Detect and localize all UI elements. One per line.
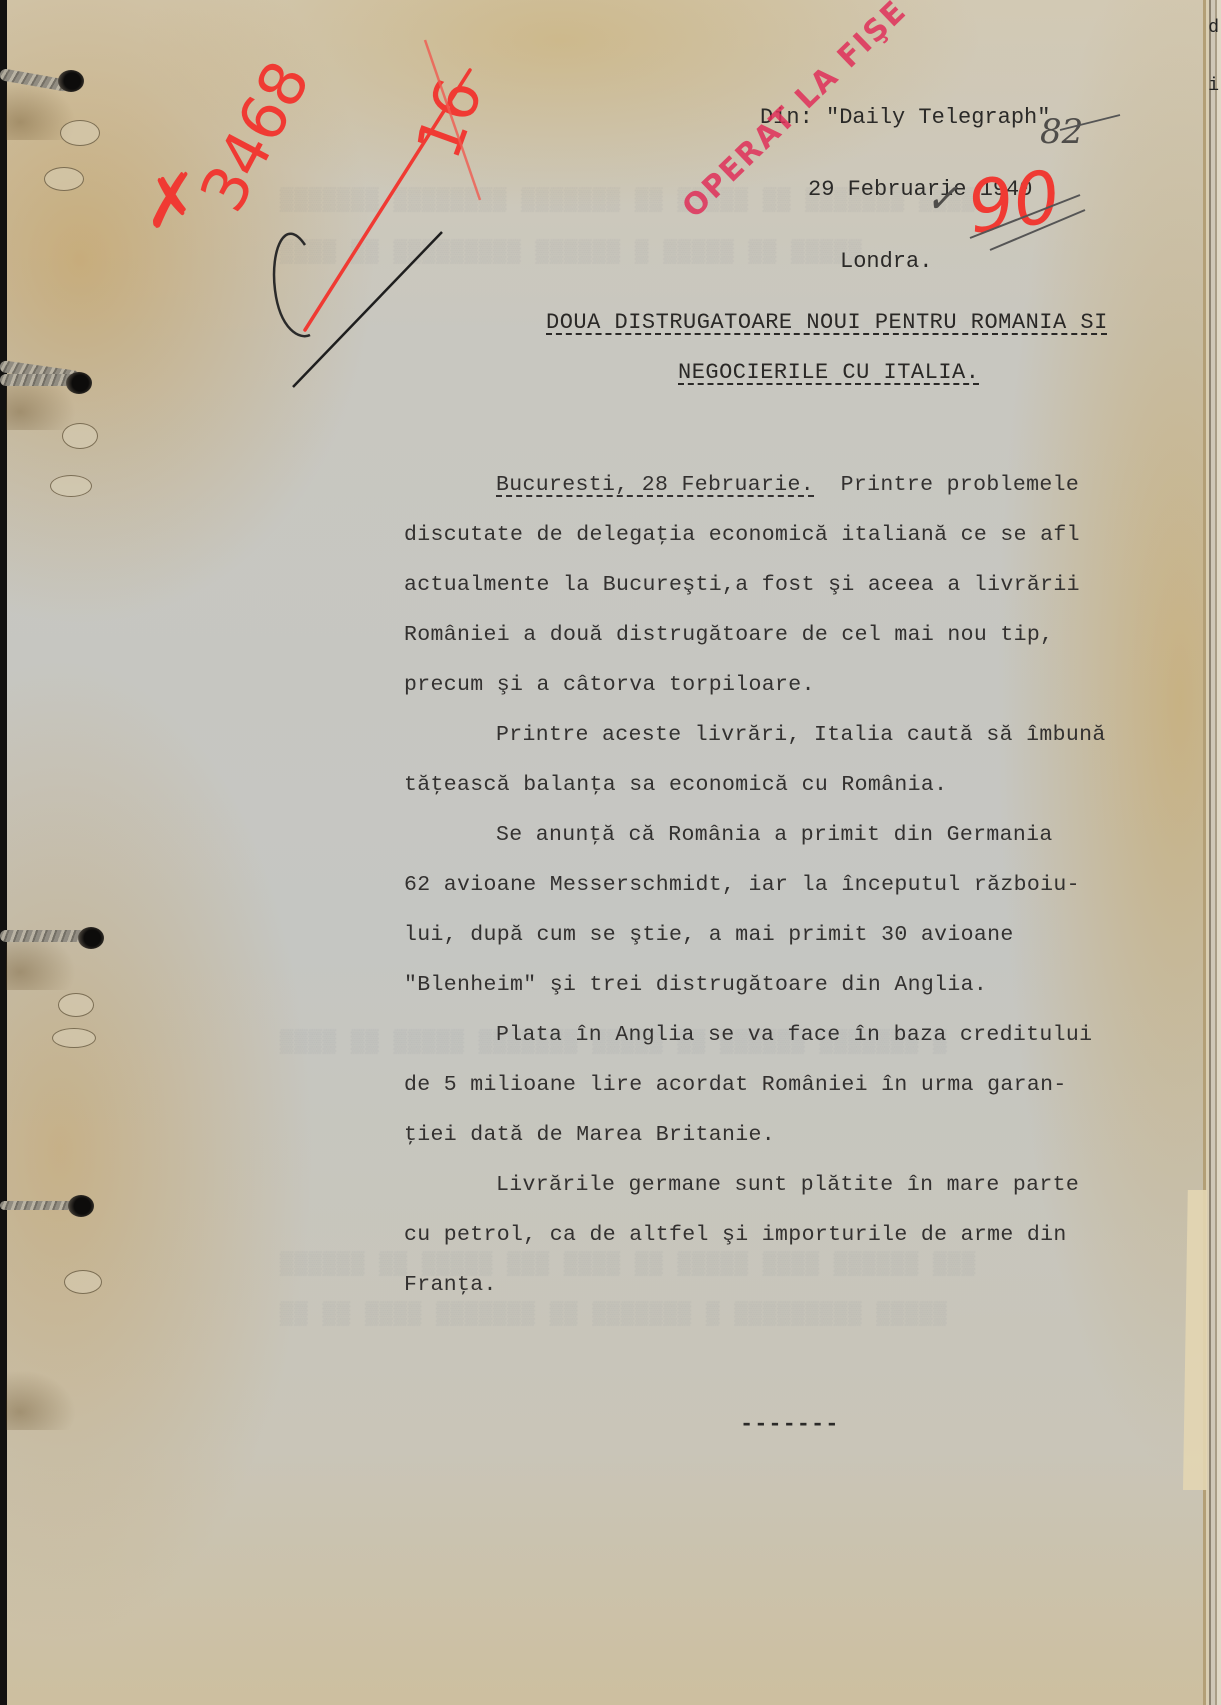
punch-hole (64, 1270, 102, 1294)
paragraph-line: actualmente la Bucureşti,a fost şi aceea… (404, 560, 1194, 610)
red-fraction-number: 16 (401, 69, 497, 168)
closing-rule: ------- (740, 1412, 839, 1437)
paragraph-line: Franţa. (404, 1260, 1194, 1310)
pencil-folio-number: 82 (1040, 112, 1083, 152)
paragraph-line: Se anunţă că România a primit din German… (404, 810, 1194, 860)
punch-hole (44, 167, 84, 191)
paragraph-line: discutate de delegaţia economică italian… (404, 510, 1194, 560)
punch-hole (50, 475, 92, 497)
paragraph-line: de 5 milioane lire acordat României în u… (404, 1060, 1194, 1110)
paragraph-line: României a două distrugătoare de cel mai… (404, 610, 1194, 660)
paragraph-line: tăţească balanţa sa economică cu România… (404, 760, 1194, 810)
article-body: Bucuresti, 28 Februarie. Printre problem… (404, 460, 1194, 1310)
twine-knot (58, 70, 84, 92)
headline-line-2: NEGOCIERILE CU ITALIA. (678, 360, 979, 385)
punch-hole (58, 993, 94, 1017)
twine-knot (66, 372, 92, 394)
punch-hole (60, 120, 100, 146)
twine-knot (78, 927, 104, 949)
edge-letter: i (1208, 76, 1219, 96)
red-page-number: 90 (963, 154, 1065, 250)
paragraph-text: Printre problemele (814, 473, 1079, 497)
scanned-document-page: d i ▒▒▒▒▒▒▒ ▒▒▒▒▒▒▒▒ ▒▒▒▒▒▒▒ ▒▒ ▒▒▒▒▒ ▒▒… (0, 0, 1221, 1705)
twine-shadow (6, 1370, 76, 1430)
paragraph-line: Printre aceste livrări, Italia caută să … (404, 710, 1194, 760)
binding-twine (0, 930, 88, 942)
twine-knot (68, 1195, 94, 1217)
punch-hole (52, 1028, 96, 1048)
edge-letter: d (1208, 18, 1219, 38)
paragraph-line: Livrările germane sunt plătite în mare p… (404, 1160, 1194, 1210)
binding-edge (0, 0, 7, 1705)
paragraph-line: Plata în Anglia se va face în baza credi… (404, 1010, 1194, 1060)
headline-line-1: DOUA DISTRUGATOARE NOUI PENTRU ROMANIA S… (546, 310, 1108, 335)
paragraph-line: cu petrol, ca de altfel şi importurile d… (404, 1210, 1194, 1260)
punch-hole (62, 423, 98, 449)
dateline: Bucuresti, 28 Februarie. (496, 473, 814, 497)
paragraph-line: 62 avioane Messerschmidt, iar la început… (404, 860, 1194, 910)
pencil-check-icon: ✓ (925, 176, 959, 222)
paragraph-line: ţiei dată de Marea Britanie. (404, 1110, 1194, 1160)
paragraph-line: precum şi a câtorva torpiloare. (404, 660, 1194, 710)
paragraph-line: lui, după cum se ştie, a mai primit 30 a… (404, 910, 1194, 960)
source-city: Londra. (840, 250, 1050, 274)
paragraph-line: "Blenheim" şi trei distrugătoare din Ang… (404, 960, 1194, 1010)
paragraph-1-line-1: Bucuresti, 28 Februarie. Printre problem… (404, 460, 1194, 510)
